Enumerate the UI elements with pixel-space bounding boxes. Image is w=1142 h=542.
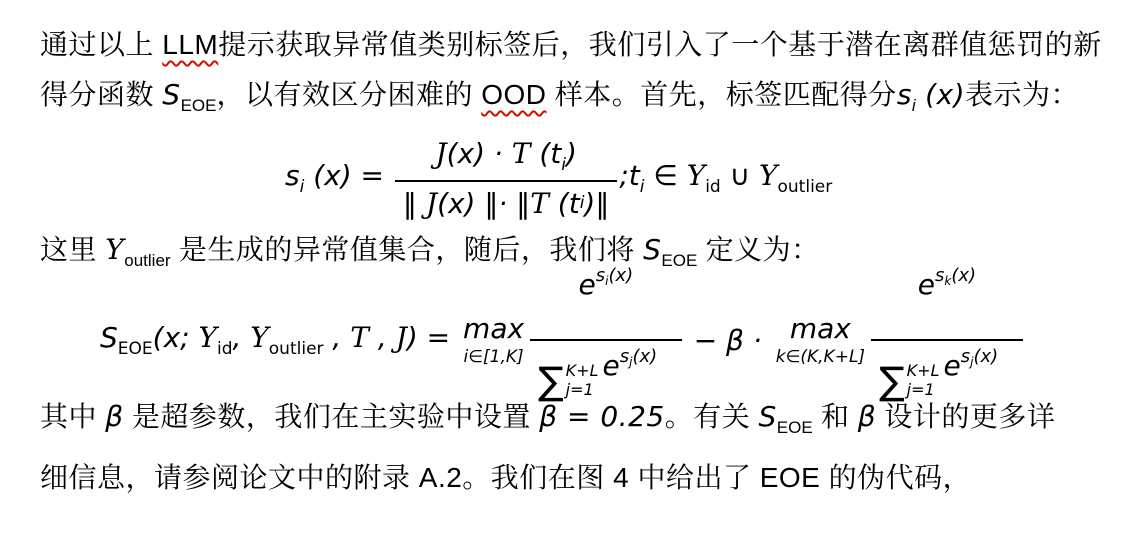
math-e: e	[579, 268, 596, 301]
ood-word: OOD	[481, 79, 546, 110]
script-Y: Y	[250, 321, 268, 354]
math-s-arg: (x)	[916, 78, 965, 111]
exponent: sj(x)	[620, 346, 657, 367]
norm-bar: ‖	[403, 187, 426, 220]
beta-value: β = 0.25	[539, 400, 664, 433]
score-function-symbol: S	[162, 78, 180, 111]
script-T: T	[512, 137, 531, 170]
comma: ,	[232, 321, 250, 354]
formula-s-eoe: SEOE(x; Yid, Youtlier , T , J) = max i∈[…	[100, 288, 1108, 392]
union-symbol: ∪	[721, 159, 759, 192]
comma: ,	[369, 321, 396, 354]
max-operator-id: max i∈[1,K]	[463, 315, 524, 366]
outlier-subscript: outlier	[778, 177, 833, 197]
id-subscript: id	[217, 339, 233, 359]
f1-fraction: J(x) · T (ti) ‖ J(x) ‖· ‖T (ti)‖	[395, 137, 617, 220]
script-Y: Y	[687, 159, 705, 192]
score-function-symbol: S	[758, 400, 776, 433]
p3-l2: 细信息，请参阅论文中的附录 A.2。我们在图 4 中给出了 EOE 的伪代码，	[40, 462, 971, 493]
p1-l2a: 得分函数	[40, 79, 162, 110]
max-limits: k∈(K,K+L]	[776, 349, 865, 366]
math-s: s	[596, 265, 605, 286]
f2-num-outlier: esk(x)	[910, 265, 984, 339]
math-s-arg: (x)	[609, 265, 634, 286]
p1-l2c: 样本。首先，标签匹配得分	[547, 79, 897, 110]
f1-condition: ;ti ∈ Yid ∪ Youtlier	[619, 159, 832, 197]
p3-l1e: 设计的更多详	[876, 401, 1055, 432]
script-Y: Y	[759, 159, 777, 192]
id-subscript: id	[705, 177, 721, 197]
comma: ,	[324, 321, 351, 354]
p1-l1a: 通过以上	[40, 29, 162, 60]
math-s: s	[961, 346, 970, 367]
f1-den-d: )‖	[584, 187, 609, 220]
exponent: sk(x)	[935, 265, 976, 286]
script-J: J	[396, 321, 407, 354]
sum-upper: K+L	[566, 363, 599, 379]
score-function-symbol: S	[100, 321, 118, 354]
script-T: T	[350, 321, 369, 354]
p1-l2b: ，以有效区分困难的	[216, 79, 481, 110]
f1-num-b: (t	[530, 137, 561, 170]
script-Y: Y	[198, 321, 216, 354]
eoe-subscript: EOE	[777, 418, 813, 437]
sum-upper: K+L	[907, 363, 940, 379]
math-e: e	[918, 268, 935, 301]
script-J: J	[435, 137, 446, 170]
math-s-arg: (x) =	[304, 159, 393, 192]
beta-symbol: β	[858, 400, 876, 433]
math-s-arg: (x)	[632, 346, 657, 367]
paragraph-intro: 通过以上 LLM提示获取异常值类别标签后，我们引入了一个基于潜在离群值惩罚的新得…	[40, 20, 1108, 131]
outlier-subscript: outlier	[124, 251, 170, 270]
paragraph-beta: 其中 β 是超参数，我们在主实验中设置 β = 0.25。有关 SEOE 和 β…	[40, 392, 1108, 503]
exponent: si(x)	[596, 265, 633, 286]
semicolon: ;	[619, 159, 628, 192]
f1-den-b: (x) ‖· ‖	[437, 187, 530, 220]
f1-num-a: (x) ·	[447, 137, 512, 170]
f2-lhs: SEOE(x; Yid, Youtlier , T , J) =	[100, 321, 459, 359]
math-e: e	[602, 349, 619, 382]
script-J: J	[426, 187, 437, 220]
f1-lhs: si (x) =	[285, 159, 393, 197]
minus-beta-term: − β ·	[694, 324, 762, 357]
max-label: max	[463, 315, 524, 343]
f2-args-open: (x;	[153, 321, 199, 354]
max-limits: i∈[1,K]	[463, 349, 523, 366]
p3-l1c: 。有关	[665, 401, 759, 432]
element-of: ∈	[645, 159, 687, 192]
script-T: T	[530, 187, 549, 220]
p2-c: 定义为：	[697, 234, 819, 265]
eoe-subscript: EOE	[181, 96, 217, 115]
f1-numerator: J(x) · T (ti)	[427, 137, 585, 180]
math-s: s	[620, 346, 629, 367]
p1-l2d: 表示为：	[965, 79, 1079, 110]
f2-num-id: esi(x)	[571, 265, 642, 339]
exponent: sj(x)	[961, 346, 998, 367]
math-s-arg: (x)	[973, 346, 998, 367]
math-s: s	[897, 78, 912, 111]
outlier-subscript: outlier	[269, 339, 324, 359]
p1-l1b: 提示获取异常值类别标签后，我们引入了一个基于潜在离群值惩罚的新	[218, 29, 1102, 60]
p3-l1a: 其中	[40, 401, 105, 432]
eoe-subscript: EOE	[118, 339, 153, 359]
f1-denominator: ‖ J(x) ‖· ‖T (ti)‖	[395, 180, 617, 220]
math-e: e	[943, 349, 960, 382]
max-operator-outlier: max k∈(K,K+L]	[776, 315, 865, 366]
formula-label-match-score: si (x) = J(x) · T (ti) ‖ J(x) ‖· ‖T (ti)…	[285, 131, 1108, 225]
max-label: max	[790, 315, 851, 343]
f2-args-close: ) =	[407, 321, 459, 354]
math-t: t	[629, 159, 640, 192]
p3-l1b: 是超参数，我们在主实验中设置	[124, 401, 540, 432]
script-Y: Y	[105, 233, 124, 266]
math-s: s	[935, 265, 944, 286]
llm-word: LLM	[162, 29, 218, 60]
p2-b: 是生成的异常值集合，随后，我们将	[171, 234, 644, 265]
p3-l1d: 和	[813, 401, 858, 432]
beta-symbol: β	[105, 400, 123, 433]
math-s-arg: (x)	[951, 265, 976, 286]
score-function-symbol: S	[643, 233, 661, 266]
math-s: s	[285, 159, 300, 192]
f1-num-c: )	[566, 137, 577, 170]
f1-den-c: (t	[549, 187, 580, 220]
document-page: 通过以上 LLM提示获取异常值类别标签后，我们引入了一个基于潜在离群值惩罚的新得…	[0, 0, 1142, 503]
p2-a: 这里	[40, 234, 105, 265]
